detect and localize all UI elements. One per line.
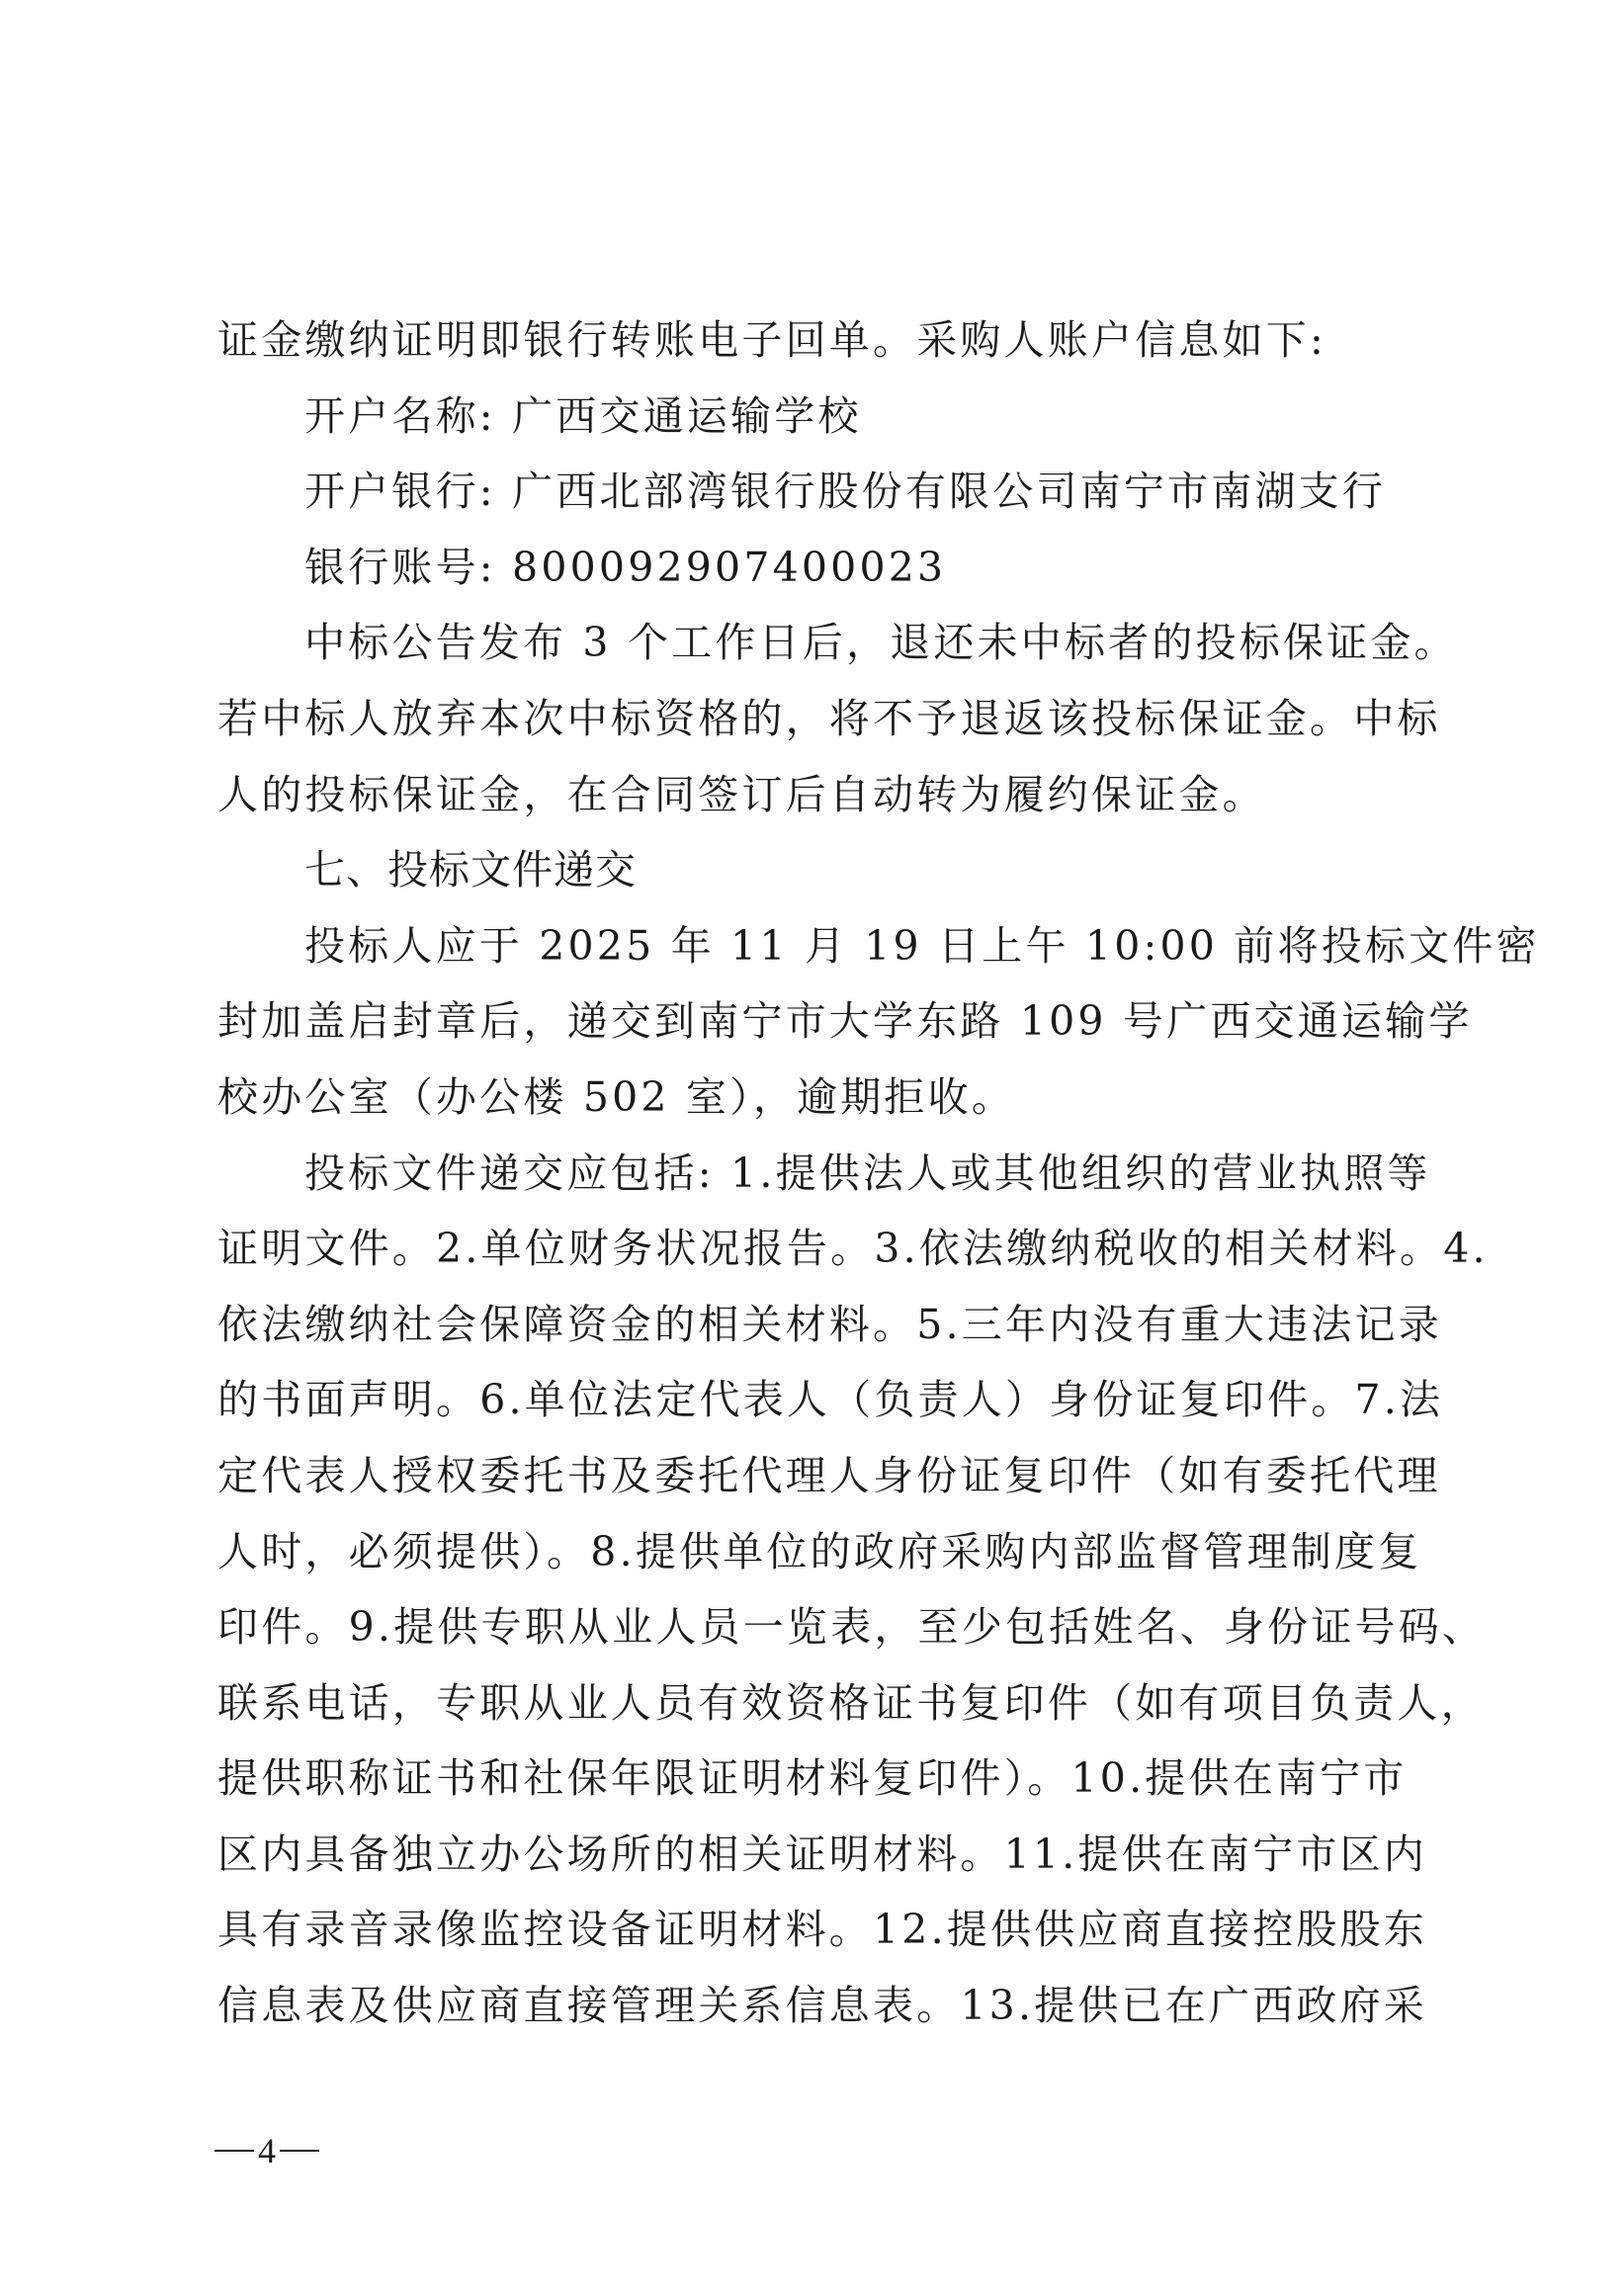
paragraph-line: 校办公室（办公楼 502 室），逾期拒收。 — [217, 1060, 1413, 1136]
paragraph-line: 的书面声明。6.单位法定代表人（负责人）身份证复印件。7.法 — [217, 1362, 1413, 1438]
paragraph-line: 证明文件。2.单位财务状况报告。3.依法缴纳税收的相关材料。4. — [217, 1211, 1413, 1287]
dash-right — [280, 2150, 319, 2152]
paragraph-line: 人的投标保证金，在合同签订后自动转为履约保证金。 — [217, 757, 1413, 833]
paragraph-line: 印件。9.提供专职从业人员一览表，至少包括姓名、身份证号码、 — [217, 1589, 1413, 1665]
page-number: 4 — [258, 2130, 276, 2171]
paragraph-line: 定代表人授权委托书及委托代理人身份证复印件（如有委托代理 — [217, 1438, 1413, 1514]
paragraph-line: 依法缴纳社会保障资金的相关材料。5.三年内没有重大违法记录 — [217, 1287, 1413, 1363]
paragraph-line: 具有录音录像监控设备证明材料。12.提供供应商直接控股股东 — [217, 1892, 1413, 1968]
paragraph-line: 人时，必须提供）。8.提供单位的政府采购内部监督管理制度复 — [217, 1514, 1413, 1590]
bank-name-line: 开户银行: 广西北部湾银行股份有限公司南宁市南湖支行 — [217, 454, 1413, 530]
account-name-line: 开户名称: 广西交通运输学校 — [217, 379, 1413, 455]
paragraph-line: 封加盖启封章后，递交到南宁市大学东路 109 号广西交通运输学 — [217, 983, 1413, 1060]
paragraph-line: 投标文件递交应包括: 1.提供法人或其他组织的营业执照等 — [217, 1136, 1413, 1212]
page-number-footer: 4 — [211, 2130, 323, 2171]
paragraph-line: 若中标人放弃本次中标资格的，将不予退返该投标保证金。中标 — [217, 681, 1413, 757]
paragraph-line: 区内具备独立办公场所的相关证明材料。11.提供在南宁市区内 — [217, 1817, 1413, 1893]
paragraph-line: 投标人应于 2025 年 11 月 19 日上午 10:00 前将投标文件密 — [217, 908, 1413, 984]
document-body: 证金缴纳证明即银行转账电子回单。采购人账户信息如下: 开户名称: 广西交通运输学… — [217, 302, 1413, 2044]
section-heading: 七、投标文件递交 — [217, 832, 1413, 908]
paragraph-line: 提供职称证书和社保年限证明材料复印件）。10.提供在南宁市 — [217, 1741, 1413, 1817]
paragraph-line: 中标公告发布 3 个工作日后，退还未中标者的投标保证金。 — [217, 605, 1413, 681]
account-number-line: 银行账号: 800092907400023 — [217, 530, 1413, 606]
dash-left — [214, 2150, 254, 2152]
paragraph-line: 信息表及供应商直接管理关系信息表。13.提供已在广西政府采 — [217, 1968, 1413, 2044]
document-page: 证金缴纳证明即银行转账电子回单。采购人账户信息如下: 开户名称: 广西交通运输学… — [0, 0, 1624, 2296]
paragraph-line: 联系电话，专职从业人员有效资格证书复印件（如有项目负责人， — [217, 1665, 1413, 1742]
paragraph-line: 证金缴纳证明即银行转账电子回单。采购人账户信息如下: — [217, 302, 1413, 379]
